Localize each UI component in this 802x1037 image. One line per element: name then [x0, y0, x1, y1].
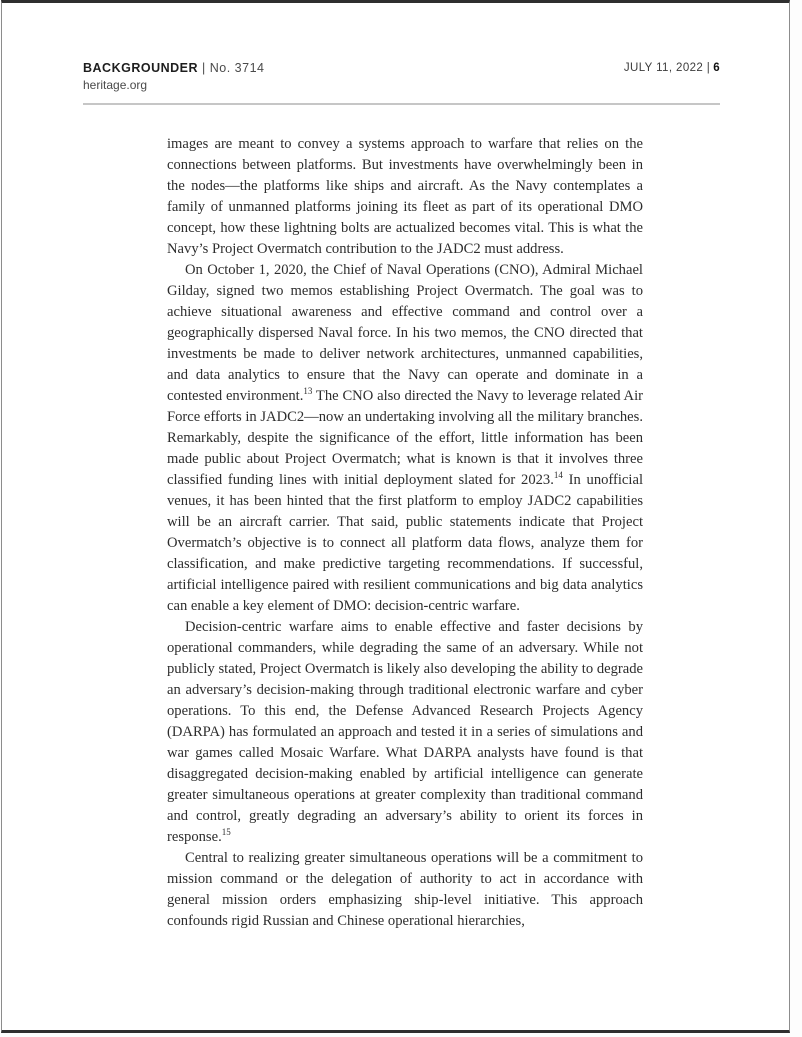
paragraph: On October 1, 2020, the Chief of Naval O… [167, 260, 643, 617]
footnote-reference: 15 [222, 827, 231, 837]
footnote-reference: 13 [303, 386, 312, 396]
header-divider [83, 103, 720, 105]
date-page-line: JULY 11, 2022 |6 [624, 62, 720, 74]
publication-title: BACKGROUNDER [83, 61, 198, 75]
paragraph: images are meant to convey a systems app… [167, 134, 643, 260]
website-label: heritage.org [83, 78, 720, 92]
issue-number: | No. 3714 [202, 61, 264, 75]
paragraph: Central to realizing greater simultaneou… [167, 848, 643, 932]
paragraph: Decision-centric warfare aims to enable … [167, 617, 643, 848]
date-label: JULY 11, 2022 | [624, 62, 710, 74]
footnote-reference: 14 [554, 470, 563, 480]
page-number: 6 [713, 62, 720, 74]
document-page: BACKGROUNDER| No. 3714 heritage.org JULY… [1, 0, 790, 1033]
article-body: images are meant to convey a systems app… [167, 134, 643, 932]
page-header: BACKGROUNDER| No. 3714 heritage.org JULY… [83, 61, 720, 92]
